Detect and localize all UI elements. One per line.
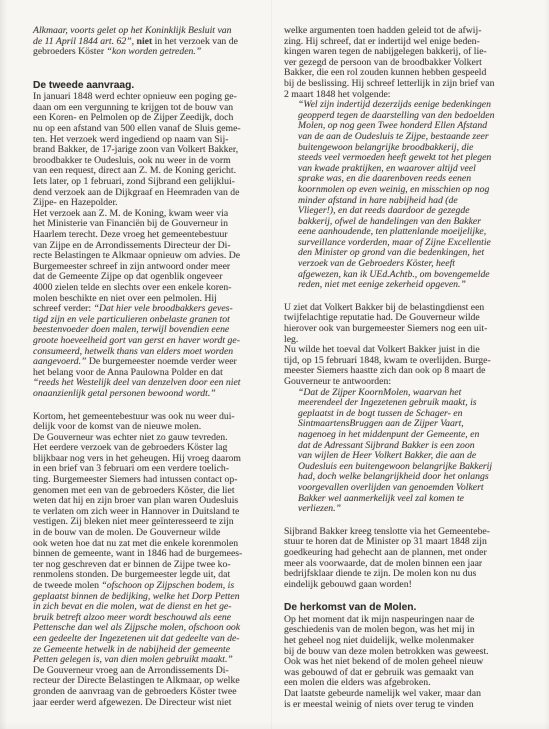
right-paragraph-2: U ziet dat Volkert Bakker bij de belasti… xyxy=(284,303,537,388)
section-heading-tweede-aanvraag: De tweede aanvraag. xyxy=(33,80,276,92)
left-paragraph-1: In januari 1848 werd echter opnieuw een … xyxy=(33,92,276,399)
right-paragraph-3: Sijbrand Bakker kreeg tenslotte via het … xyxy=(284,527,537,591)
scanned-article-page: Alkmaar, voorts gelet op het Koninklijk … xyxy=(0,0,549,729)
left-p2-normal-2: De Gouverneur vroeg aan de Arrondissemen… xyxy=(33,665,240,708)
left-paragraph-2: Kortom, het gemeentebestuur was ook nu w… xyxy=(33,412,276,709)
letter-quote-directeur: “Wel zijn indertijd dezerzijds eenige be… xyxy=(298,100,537,291)
right-column: welke argumenten toen hadden geleid tot … xyxy=(284,26,537,710)
left-column: Alkmaar, voorts gelet op het Koninklijk … xyxy=(33,26,276,708)
right-paragraph-4: Op het moment dat ik mijn naspeuringen n… xyxy=(284,615,537,710)
letter-quote-siemers: “Dat de Zijper KoornMolen, waarvan het m… xyxy=(298,388,537,515)
left-p2-normal-1: Kortom, het gemeentebestuur was ook nu w… xyxy=(33,411,242,592)
section-heading-herkomst-molen: De herkomst van de Molen. xyxy=(284,602,537,614)
intro-bold-niet: niet xyxy=(137,36,153,47)
intro-quote-getreden: “kon worden getreden.” xyxy=(107,46,202,57)
intro-paragraph: Alkmaar, voorts gelet op het Koninklijk … xyxy=(33,26,276,58)
left-p1-quote-westelijk-deel: “reeds het Westelijk deel van denzelven … xyxy=(33,377,240,399)
left-p2-quote-zijpschen-bodem: “ofschoon op Zijpschen bodem, is geplaat… xyxy=(33,580,240,665)
left-p1-normal-1: In januari 1848 werd echter opnieuw een … xyxy=(33,91,241,314)
right-paragraph-1: welke argumenten toen hadden geleid tot … xyxy=(284,26,537,100)
